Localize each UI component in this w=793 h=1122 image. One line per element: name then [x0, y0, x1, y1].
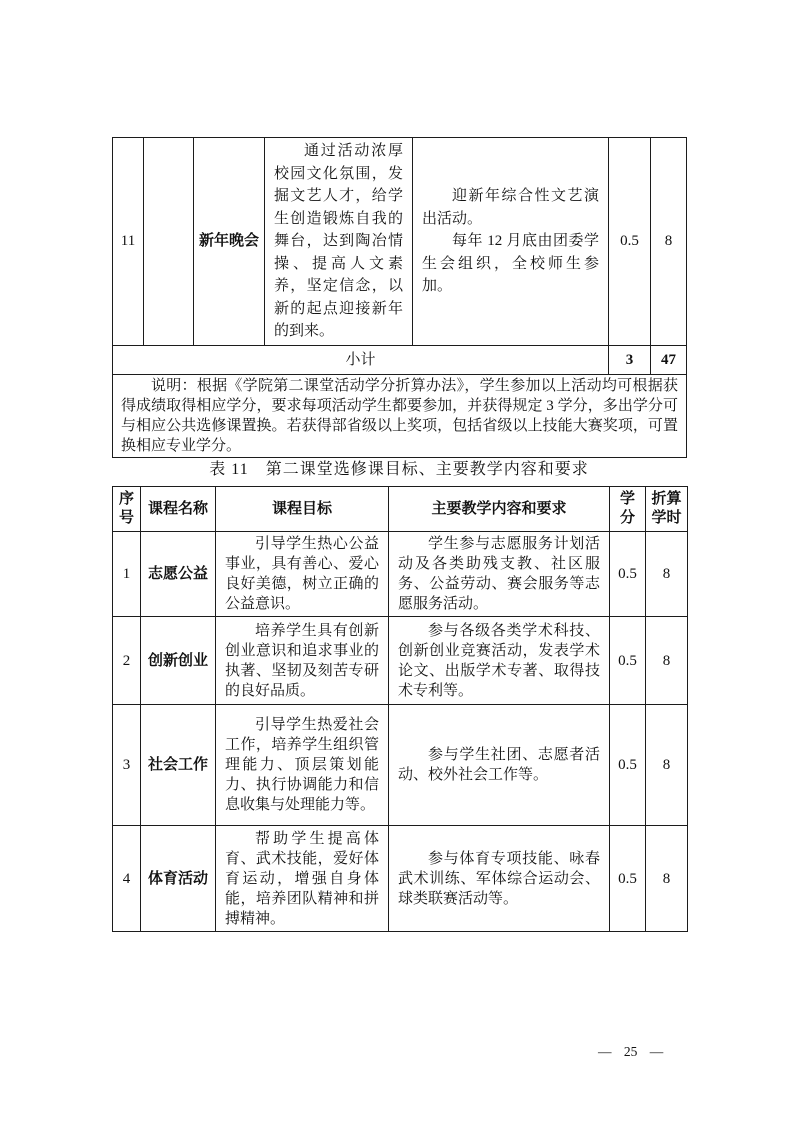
- subtotal-label: 小计: [113, 345, 609, 374]
- col-header-course-name: 课程名称: [141, 487, 216, 532]
- course-name-cell: 创新创业: [141, 617, 216, 705]
- row-number-cell: 2: [113, 617, 141, 705]
- credit-cell: 0.5: [610, 532, 646, 617]
- course-name-cell: 体育活动: [141, 826, 216, 932]
- hours-cell: 8: [646, 532, 688, 617]
- hours-cell: 8: [651, 138, 687, 346]
- col-header-converted-hours: 折算 学时: [646, 487, 688, 532]
- activity-content-cell: 迎新年综合性文艺演出活动。 每年 12 月底由团委学生会组织，全校师生参加。: [413, 138, 609, 346]
- course-row-4: 4 体育活动 帮助学生提高体育、武术技能，爱好体育运动，增强自身体能，培养团队精…: [113, 826, 688, 932]
- course-content-cell: 参与各级各类学术科技、创新创业竞赛活动，发表学术论文、出版学术专著、取得技术专利…: [389, 617, 610, 705]
- col-header-number: 序 号: [113, 487, 141, 532]
- credit-cell: 0.5: [610, 617, 646, 705]
- row-number-cell: 4: [113, 826, 141, 932]
- course-content-text: 参与学生社团、志愿者活动、校外社会工作等。: [398, 745, 600, 785]
- subtotal-row: 小计 3 47: [113, 345, 687, 374]
- course-goal-text: 培养学生具有创新创业意识和追求事业的执著、坚韧及刻苦专研的良好品质。: [225, 621, 379, 701]
- table-11-title: 表 11 第二课堂选修课目标、主要教学内容和要求: [112, 459, 686, 481]
- course-content-cell: 参与体育专项技能、咏春武术训练、军体综合运动会、球类联赛活动等。: [389, 826, 610, 932]
- hours-cell: 8: [646, 705, 688, 826]
- course-goal-cell: 引导学生热爱社会工作，培养学生组织管理能力、顶层策划能力、执行协调能力和信息收集…: [216, 705, 389, 826]
- hours-cell: 8: [646, 617, 688, 705]
- course-name-cell: 社会工作: [141, 705, 216, 826]
- col-header-course-goal: 课程目标: [216, 487, 389, 532]
- page-number: — 25 —: [598, 1044, 663, 1060]
- course-table-11: 序 号 课程名称 课程目标 主要教学内容和要求 学 分 折算 学时 1 志愿公益…: [112, 486, 688, 932]
- category-cell: [144, 138, 194, 346]
- note-text: 说明：根据《学院第二课堂活动学分折算办法》，学生参加以上活动均可根据获得成绩取得…: [121, 376, 678, 456]
- col-header-course-content: 主要教学内容和要求: [389, 487, 610, 532]
- course-row-1: 1 志愿公益 引导学生热心公益事业，具有善心、爱心良好美德，树立正确的公益意识。…: [113, 532, 688, 617]
- activity-content-paragraph-2: 每年 12 月底由团委学生会组织，全校师生参加。: [422, 230, 599, 298]
- credit-cell: 0.5: [609, 138, 651, 346]
- activity-name-cell: 新年晚会: [194, 138, 265, 346]
- course-goal-text: 引导学生热心公益事业，具有善心、爱心良好美德，树立正确的公益意识。: [225, 534, 379, 614]
- activity-goal-text: 通过活动浓厚校园文化氛围，发掘文艺人才，给学生创造锻炼自我的舞台，达到陶冶情操、…: [274, 140, 403, 343]
- course-content-text: 参与各级各类学术科技、创新创业竞赛活动，发表学术论文、出版学术专著、取得技术专利…: [398, 621, 600, 701]
- course-content-text: 学生参与志愿服务计划活动及各类助残支教、社区服务、公益劳动、赛会服务等志愿服务活…: [398, 534, 600, 614]
- course-content-cell: 参与学生社团、志愿者活动、校外社会工作等。: [389, 705, 610, 826]
- activity-goal-cell: 通过活动浓厚校园文化氛围，发掘文艺人才，给学生创造锻炼自我的舞台，达到陶冶情操、…: [265, 138, 413, 346]
- course-content-cell: 学生参与志愿服务计划活动及各类助残支教、社区服务、公益劳动、赛会服务等志愿服务活…: [389, 532, 610, 617]
- row-number-cell: 11: [113, 138, 144, 346]
- note-row: 说明：根据《学院第二课堂活动学分折算办法》，学生参加以上活动均可根据获得成绩取得…: [113, 374, 687, 457]
- activity-row-11: 11 新年晚会 通过活动浓厚校园文化氛围，发掘文艺人才，给学生创造锻炼自我的舞台…: [113, 138, 687, 346]
- activity-table-continued: 11 新年晚会 通过活动浓厚校园文化氛围，发掘文艺人才，给学生创造锻炼自我的舞台…: [112, 137, 687, 458]
- subtotal-hours-cell: 47: [651, 345, 687, 374]
- note-cell: 说明：根据《学院第二课堂活动学分折算办法》，学生参加以上活动均可根据获得成绩取得…: [113, 374, 687, 457]
- course-goal-text: 引导学生热爱社会工作，培养学生组织管理能力、顶层策划能力、执行协调能力和信息收集…: [225, 715, 379, 815]
- course-table-header-row: 序 号 课程名称 课程目标 主要教学内容和要求 学 分 折算 学时: [113, 487, 688, 532]
- course-goal-text: 帮助学生提高体育、武术技能，爱好体育运动，增强自身体能，培养团队精神和拼搏精神。: [225, 829, 379, 929]
- credit-cell: 0.5: [610, 826, 646, 932]
- credit-cell: 0.5: [610, 705, 646, 826]
- document-page: 11 新年晚会 通过活动浓厚校园文化氛围，发掘文艺人才，给学生创造锻炼自我的舞台…: [0, 0, 793, 1122]
- course-content-text: 参与体育专项技能、咏春武术训练、军体综合运动会、球类联赛活动等。: [398, 849, 600, 909]
- course-name-cell: 志愿公益: [141, 532, 216, 617]
- course-goal-cell: 培养学生具有创新创业意识和追求事业的执著、坚韧及刻苦专研的良好品质。: [216, 617, 389, 705]
- subtotal-credit-cell: 3: [609, 345, 651, 374]
- course-goal-cell: 引导学生热心公益事业，具有善心、爱心良好美德，树立正确的公益意识。: [216, 532, 389, 617]
- hours-cell: 8: [646, 826, 688, 932]
- course-row-3: 3 社会工作 引导学生热爱社会工作，培养学生组织管理能力、顶层策划能力、执行协调…: [113, 705, 688, 826]
- course-row-2: 2 创新创业 培养学生具有创新创业意识和追求事业的执著、坚韧及刻苦专研的良好品质…: [113, 617, 688, 705]
- col-header-credit: 学 分: [610, 487, 646, 532]
- course-goal-cell: 帮助学生提高体育、武术技能，爱好体育运动，增强自身体能，培养团队精神和拼搏精神。: [216, 826, 389, 932]
- activity-content-paragraph-1: 迎新年综合性文艺演出活动。: [422, 185, 599, 230]
- row-number-cell: 1: [113, 532, 141, 617]
- row-number-cell: 3: [113, 705, 141, 826]
